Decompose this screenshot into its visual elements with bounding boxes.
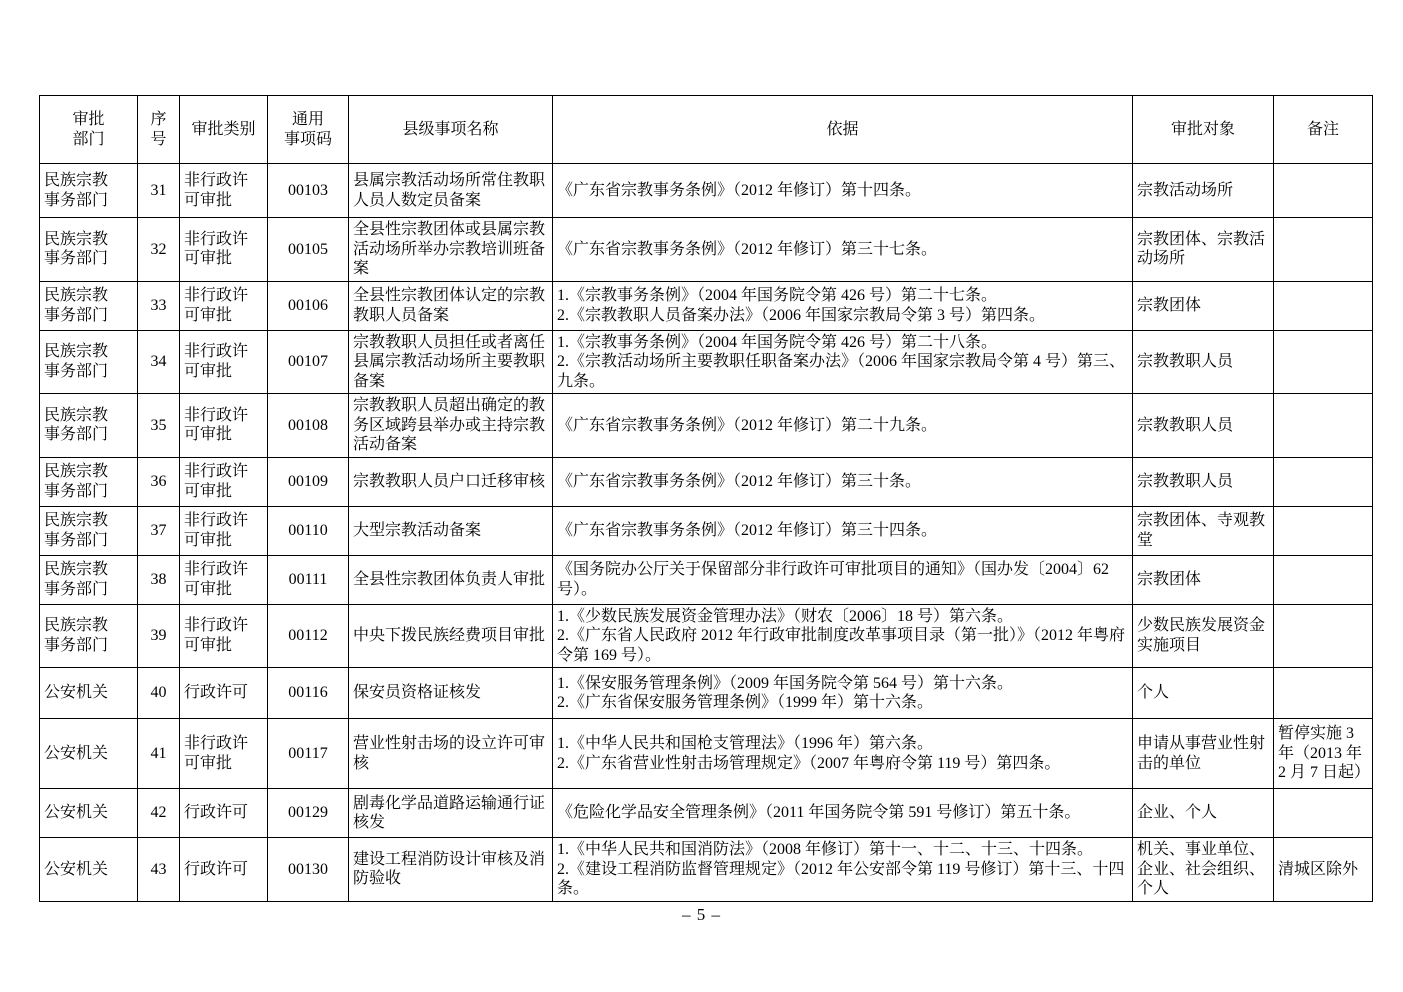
cell-department: 公安机关 (40, 668, 138, 719)
cell-remarks (1274, 394, 1373, 458)
cell-serial-number: 41 (138, 719, 180, 789)
table-row: 公安机关 42 行政许可 00129 剧毒化学品道路运输通行证核发 《危险化学品… (40, 789, 1373, 838)
cell-legal-basis: 1.《保安服务管理条例》（2009 年国务院令第 564 号）第十六条。 2.《… (553, 668, 1133, 719)
cell-serial-number: 37 (138, 506, 180, 555)
header-legal-basis: 依据 (553, 96, 1133, 164)
cell-legal-basis: 1.《中华人民共和国消防法》（2008 年修订）第十一、十二、十三、十四条。 2… (553, 838, 1133, 902)
table-row: 民族宗教 事务部门 34 非行政许可审批 00107 宗教教职人员担任或者离任县… (40, 330, 1373, 394)
cell-approval-type: 非行政许可审批 (180, 604, 268, 668)
cell-item-name: 全县性宗教团体负责人审批 (349, 555, 553, 604)
cell-serial-number: 36 (138, 457, 180, 506)
cell-approval-target: 企业、个人 (1133, 789, 1274, 838)
cell-serial-number: 31 (138, 164, 180, 218)
header-approval-target: 审批对象 (1133, 96, 1274, 164)
cell-item-name: 建设工程消防设计审核及消防验收 (349, 838, 553, 902)
header-remarks: 备注 (1274, 96, 1373, 164)
cell-item-name: 全县性宗教团体认定的宗教教职人员备案 (349, 281, 553, 330)
cell-serial-number: 43 (138, 838, 180, 902)
cell-remarks (1274, 555, 1373, 604)
cell-legal-basis: 《危险化学品安全管理条例》（2011 年国务院令第 591 号修订）第五十条。 (553, 789, 1133, 838)
cell-approval-type: 非行政许可审批 (180, 719, 268, 789)
cell-remarks: 暂停实施 3 年（2013 年 2 月 7 日起） (1274, 719, 1373, 789)
cell-approval-target: 宗教活动场所 (1133, 164, 1274, 218)
cell-department: 公安机关 (40, 838, 138, 902)
cell-item-name: 保安员资格证核发 (349, 668, 553, 719)
header-department: 审批 部门 (40, 96, 138, 164)
cell-item-name: 全县性宗教团体或县属宗教活动场所举办宗教培训班备案 (349, 218, 553, 282)
cell-approval-target: 宗教团体 (1133, 555, 1274, 604)
cell-remarks: 清城区除外 (1274, 838, 1373, 902)
cell-item-name: 县属宗教活动场所常住教职人员人数定员备案 (349, 164, 553, 218)
cell-serial-number: 34 (138, 330, 180, 394)
cell-remarks (1274, 164, 1373, 218)
cell-department: 民族宗教 事务部门 (40, 457, 138, 506)
cell-item-code: 00109 (268, 457, 349, 506)
cell-approval-type: 非行政许可审批 (180, 457, 268, 506)
cell-approval-type: 非行政许可审批 (180, 281, 268, 330)
cell-item-code: 00129 (268, 789, 349, 838)
cell-item-code: 00107 (268, 330, 349, 394)
cell-approval-type: 非行政许可审批 (180, 555, 268, 604)
table-row: 民族宗教 事务部门 31 非行政许可审批 00103 县属宗教活动场所常住教职人… (40, 164, 1373, 218)
cell-item-name: 大型宗教活动备案 (349, 506, 553, 555)
cell-approval-target: 个人 (1133, 668, 1274, 719)
cell-item-name: 中央下拨民族经费项目审批 (349, 604, 553, 668)
table-row: 民族宗教 事务部门 32 非行政许可审批 00105 全县性宗教团体或县属宗教活… (40, 218, 1373, 282)
cell-remarks (1274, 789, 1373, 838)
cell-legal-basis: 1.《宗教事务条例》（2004 年国务院令第 426 号）第二十七条。 2.《宗… (553, 281, 1133, 330)
cell-approval-target: 宗教团体、宗教活动场所 (1133, 218, 1274, 282)
table-row: 公安机关 43 行政许可 00130 建设工程消防设计审核及消防验收 1.《中华… (40, 838, 1373, 902)
cell-item-code: 00117 (268, 719, 349, 789)
cell-item-code: 00111 (268, 555, 349, 604)
cell-approval-target: 宗教教职人员 (1133, 330, 1274, 394)
cell-approval-type: 非行政许可审批 (180, 164, 268, 218)
cell-legal-basis: 《广东省宗教事务条例》（2012 年修订）第三十条。 (553, 457, 1133, 506)
table-row: 民族宗教 事务部门 33 非行政许可审批 00106 全县性宗教团体认定的宗教教… (40, 281, 1373, 330)
cell-department: 民族宗教 事务部门 (40, 164, 138, 218)
table-row: 公安机关 40 行政许可 00116 保安员资格证核发 1.《保安服务管理条例》… (40, 668, 1373, 719)
cell-department: 民族宗教 事务部门 (40, 506, 138, 555)
cell-department: 公安机关 (40, 789, 138, 838)
cell-legal-basis: 《国务院办公厅关于保留部分非行政许可审批项目的通知》（国办发〔2004〕62 号… (553, 555, 1133, 604)
cell-serial-number: 38 (138, 555, 180, 604)
cell-legal-basis: 1.《少数民族发展资金管理办法》（财农〔2006〕18 号）第六条。 2.《广东… (553, 604, 1133, 668)
table-row: 民族宗教 事务部门 37 非行政许可审批 00110 大型宗教活动备案 《广东省… (40, 506, 1373, 555)
cell-remarks (1274, 506, 1373, 555)
cell-legal-basis: 《广东省宗教事务条例》（2012 年修订）第十四条。 (553, 164, 1133, 218)
cell-legal-basis: 1.《宗教事务条例》（2004 年国务院令第 426 号）第二十八条。 2.《宗… (553, 330, 1133, 394)
page-number: – 5 – (0, 905, 1403, 925)
cell-approval-type: 非行政许可审批 (180, 218, 268, 282)
cell-serial-number: 35 (138, 394, 180, 458)
cell-legal-basis: 《广东省宗教事务条例》（2012 年修订）第三十四条。 (553, 506, 1133, 555)
header-item-name: 县级事项名称 (349, 96, 553, 164)
cell-approval-target: 少数民族发展资金实施项目 (1133, 604, 1274, 668)
cell-item-code: 00105 (268, 218, 349, 282)
cell-item-code: 00130 (268, 838, 349, 902)
cell-item-code: 00108 (268, 394, 349, 458)
cell-department: 民族宗教 事务部门 (40, 330, 138, 394)
cell-remarks (1274, 330, 1373, 394)
cell-legal-basis: 1.《中华人民共和国枪支管理法》（1996 年）第六条。 2.《广东省营业性射击… (553, 719, 1133, 789)
cell-approval-type: 行政许可 (180, 838, 268, 902)
cell-remarks (1274, 218, 1373, 282)
cell-item-code: 00103 (268, 164, 349, 218)
cell-approval-type: 非行政许可审批 (180, 394, 268, 458)
table-row: 民族宗教 事务部门 38 非行政许可审批 00111 全县性宗教团体负责人审批 … (40, 555, 1373, 604)
cell-approval-target: 宗教团体、寺观教堂 (1133, 506, 1274, 555)
cell-item-code: 00116 (268, 668, 349, 719)
cell-serial-number: 39 (138, 604, 180, 668)
header-serial-number: 序 号 (138, 96, 180, 164)
cell-remarks (1274, 281, 1373, 330)
header-item-code: 通用 事项码 (268, 96, 349, 164)
cell-item-name: 宗教教职人员超出确定的教务区域跨县举办或主持宗教活动备案 (349, 394, 553, 458)
cell-department: 民族宗教 事务部门 (40, 555, 138, 604)
cell-remarks (1274, 457, 1373, 506)
table-header-row: 审批 部门 序 号 审批类别 通用 事项码 县级事项名称 依据 审批对象 备注 (40, 96, 1373, 164)
cell-item-code: 00110 (268, 506, 349, 555)
cell-department: 民族宗教 事务部门 (40, 394, 138, 458)
cell-serial-number: 42 (138, 789, 180, 838)
cell-department: 公安机关 (40, 719, 138, 789)
cell-item-name: 剧毒化学品道路运输通行证核发 (349, 789, 553, 838)
cell-item-code: 00106 (268, 281, 349, 330)
table-row: 民族宗教 事务部门 36 非行政许可审批 00109 宗教教职人员户口迁移审核 … (40, 457, 1373, 506)
cell-approval-type: 非行政许可审批 (180, 506, 268, 555)
table-row: 民族宗教 事务部门 39 非行政许可审批 00112 中央下拨民族经费项目审批 … (40, 604, 1373, 668)
cell-department: 民族宗教 事务部门 (40, 604, 138, 668)
cell-approval-target: 宗教团体 (1133, 281, 1274, 330)
cell-item-code: 00112 (268, 604, 349, 668)
cell-serial-number: 32 (138, 218, 180, 282)
cell-serial-number: 33 (138, 281, 180, 330)
cell-remarks (1274, 604, 1373, 668)
cell-legal-basis: 《广东省宗教事务条例》（2012 年修订）第二十九条。 (553, 394, 1133, 458)
cell-approval-target: 申请从事营业性射击的单位 (1133, 719, 1274, 789)
cell-legal-basis: 《广东省宗教事务条例》（2012 年修订）第三十七条。 (553, 218, 1133, 282)
cell-serial-number: 40 (138, 668, 180, 719)
cell-approval-type: 非行政许可审批 (180, 330, 268, 394)
cell-department: 民族宗教 事务部门 (40, 218, 138, 282)
cell-approval-target: 机关、事业单位、企业、社会组织、个人 (1133, 838, 1274, 902)
cell-approval-target: 宗教教职人员 (1133, 394, 1274, 458)
cell-department: 民族宗教 事务部门 (40, 281, 138, 330)
table-row: 公安机关 41 非行政许可审批 00117 营业性射击场的设立许可审核 1.《中… (40, 719, 1373, 789)
header-approval-type: 审批类别 (180, 96, 268, 164)
cell-approval-type: 行政许可 (180, 789, 268, 838)
cell-item-name: 营业性射击场的设立许可审核 (349, 719, 553, 789)
cell-item-name: 宗教教职人员户口迁移审核 (349, 457, 553, 506)
approval-items-table: 审批 部门 序 号 审批类别 通用 事项码 县级事项名称 依据 审批对象 备注 … (39, 95, 1373, 902)
cell-approval-type: 行政许可 (180, 668, 268, 719)
cell-approval-target: 宗教教职人员 (1133, 457, 1274, 506)
document-page: 审批 部门 序 号 审批类别 通用 事项码 县级事项名称 依据 审批对象 备注 … (0, 0, 1403, 992)
cell-item-name: 宗教教职人员担任或者离任县属宗教活动场所主要教职备案 (349, 330, 553, 394)
table-row: 民族宗教 事务部门 35 非行政许可审批 00108 宗教教职人员超出确定的教务… (40, 394, 1373, 458)
cell-remarks (1274, 668, 1373, 719)
